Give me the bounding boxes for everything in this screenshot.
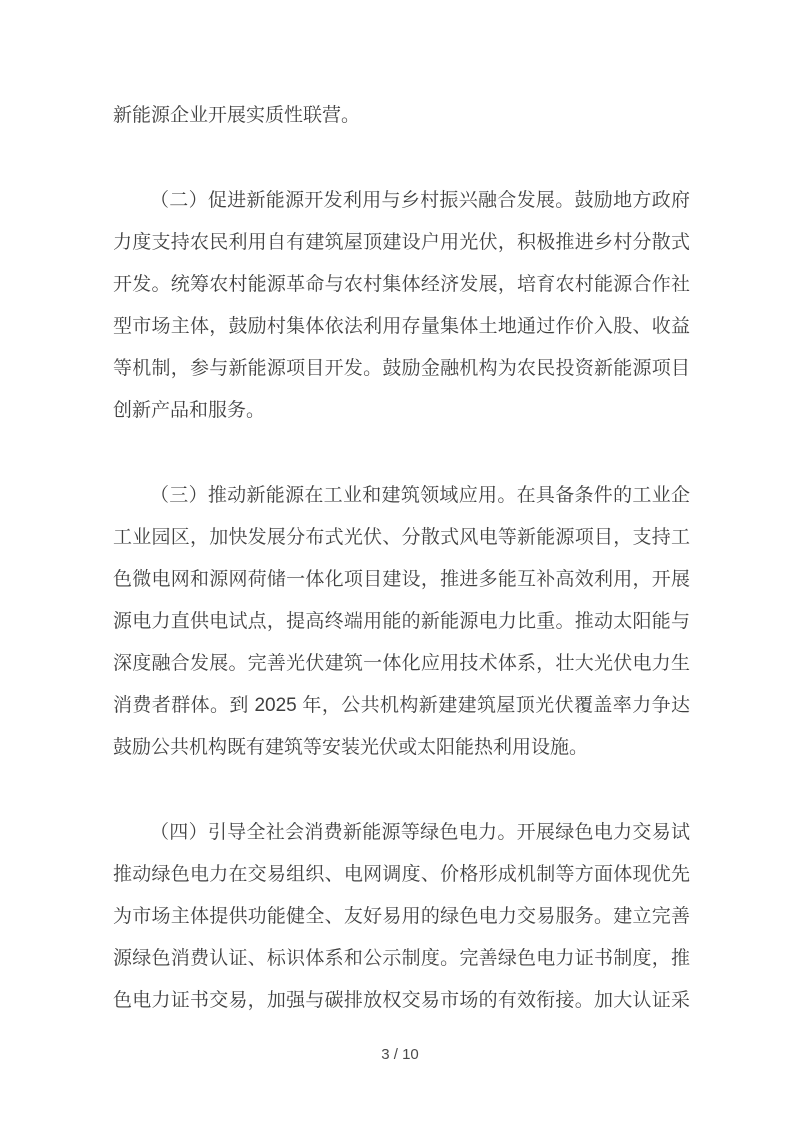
text-line: （三）推动新能源在工业和建筑领域应用。在具备条件的工业企业、: [113, 475, 690, 517]
text-line: 色微电网和源网荷储一体化项目建设，推进多能互补高效利用，开展新能: [113, 559, 690, 601]
text-line: 等机制，参与新能源项目开发。鼓励金融机构为农民投资新能源项目提供: [113, 348, 690, 390]
text-line: 深度融合发展。完善光伏建筑一体化应用技术体系，壮大光伏电力生产型: [113, 643, 690, 685]
text-line: 推动绿色电力在交易组织、电网调度、价格形成机制等方面体现优先地位，: [113, 854, 690, 896]
text-line: 开发。统筹农村能源革命与农村集体经济发展，培育农村能源合作社等新: [113, 264, 690, 306]
text-line: 力度支持农民利用自有建筑屋顶建设户用光伏，积极推进乡村分散式风电: [113, 222, 690, 264]
text-line: 新能源企业开展实质性联营。: [113, 95, 690, 137]
text-line: 创新产品和服务。: [113, 390, 690, 432]
para-continuation: 新能源企业开展实质性联营。: [113, 95, 690, 137]
text-line: （四）引导全社会消费新能源等绿色电力。开展绿色电力交易试点，: [113, 812, 690, 854]
text-line: 源电力直供电试点，提高终端用能的新能源电力比重。推动太阳能与建筑: [113, 601, 690, 643]
para-item-3: （三）推动新能源在工业和建筑领域应用。在具备条件的工业企业、工业园区，加快发展分…: [113, 475, 690, 769]
text-line: 消费者群体。到 2025 年，公共机构新建建筑屋顶光伏覆盖率力争达到 50%;: [113, 685, 690, 727]
text-line: 源绿色消费认证、标识体系和公示制度。完善绿色电力证书制度，推广绿: [113, 938, 690, 980]
para-item-2: （二）促进新能源开发利用与乡村振兴融合发展。鼓励地方政府加大力度支持农民利用自有…: [113, 180, 690, 432]
text-line: 工业园区，加快发展分布式光伏、分散式风电等新能源项目，支持工业绿: [113, 517, 690, 559]
text-line: 鼓励公共机构既有建筑等安装光伏或太阳能热利用设施。: [113, 727, 690, 769]
document-page: 新能源企业开展实质性联营。（二）促进新能源开发利用与乡村振兴融合发展。鼓励地方政…: [0, 0, 800, 1132]
text-line: 为市场主体提供功能健全、友好易用的绿色电力交易服务。建立完善新能: [113, 896, 690, 938]
text-line: 色电力证书交易，加强与碳排放权交易市场的有效衔接。加大认证采信力: [113, 980, 690, 1022]
text-line: （二）促进新能源开发利用与乡村振兴融合发展。鼓励地方政府加大: [113, 180, 690, 222]
page-number: 3 / 10: [0, 1045, 800, 1065]
text-line: 型市场主体，鼓励村集体依法利用存量集体土地通过作价入股、收益共享: [113, 306, 690, 348]
para-item-4: （四）引导全社会消费新能源等绿色电力。开展绿色电力交易试点，推动绿色电力在交易组…: [113, 812, 690, 1022]
document-body: 新能源企业开展实质性联营。（二）促进新能源开发利用与乡村振兴融合发展。鼓励地方政…: [113, 95, 690, 1022]
